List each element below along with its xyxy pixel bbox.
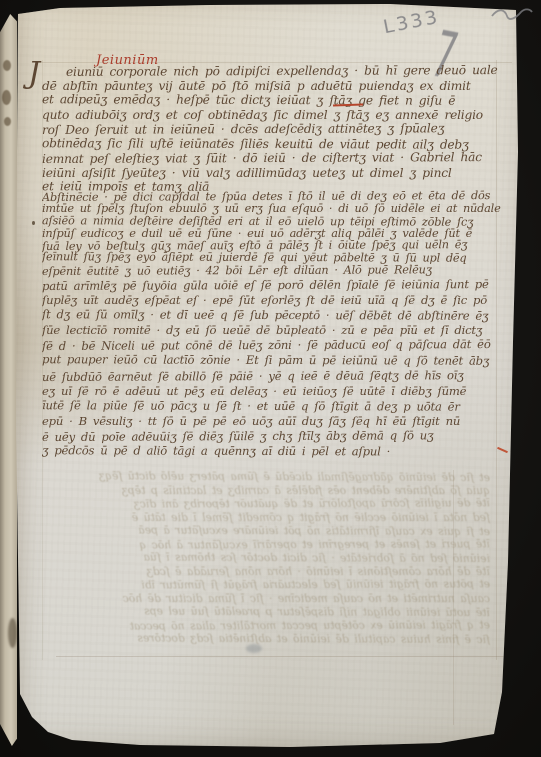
manuscript-photo: L333 7 Jeiuniūm J eiuniū corporale nich … [0, 0, 541, 757]
pencil-corner-mark [486, 2, 538, 24]
manuscript-text-line: patū arīmlēʒ pē ſuyōia gūla uōiē eſ ſē p… [42, 277, 508, 294]
showthrough-text-line: ītē uotū ieiūnii obligat niſi dispēſetur… [50, 604, 490, 619]
showthrough-text-line: et ſic dē ieiūniō qādragēſimali dicēdū ē… [50, 469, 490, 484]
showthrough-text-line: ieiūniō ſed nō ā ſobrietāte · ſic dicit … [50, 550, 490, 565]
manuscript-text-line: ʒ pēdcōs ū pē d aliō tāgi a quēnnʒ aī di… [42, 443, 508, 460]
showthrough-text-line: ītē dē uigiliīs ſcōrū apoſtolōrū et dē q… [50, 496, 490, 511]
manuscript-text-line: aſsiēō a nimia deſtēire deſiſtēd eri at … [42, 215, 504, 229]
manuscript-text-line: ſt dʒ eū ſū omīlʒ · et dī ueē q ſē ſub p… [42, 307, 508, 324]
manuscript-text-line: Abſtinēcie · pē dici capſdal te ſpūa det… [42, 190, 504, 204]
showthrough-text-line: quia ſō abſtinēre dēbent oēs fidēlēs ā c… [50, 484, 490, 498]
showthrough-text-line: et pōtus nō frāgit ieiūniū ſed electuāri… [50, 577, 490, 592]
manuscript-text-line: ſuplēʒ uīt audēʒ eſpēat eſ · epē ſūt eſo… [42, 293, 508, 308]
manuscript-text-line: ſūe lecticīō romitē · dʒ eū ſō ueūē dē b… [42, 323, 508, 338]
showthrough-text-line: et ſi quis ex cauſa īfirmitātis nō pōt i… [50, 523, 490, 538]
manuscript-text-line: dē abſtīn pāunteʒ vij āutē pō ſtō miſsiā… [42, 79, 504, 94]
ruling-line-bottom [56, 656, 508, 657]
manuscript-text-line: roſ Deo ſeruit ut in ieiūneū · dcēs adeſ… [42, 121, 504, 138]
showthrough-text-line: ītē dē hōra cōmeſtiōnis ī ieiūniō · hōra… [50, 565, 490, 579]
text-block-1: eiuniū corporale nich pō adipiſci expell… [42, 64, 504, 195]
manuscript-text-line: eſpēnit ēutitē ʒ uō eutiēʒ · 42 bōi Lēr … [42, 264, 504, 278]
fore-edge-ink-mark [3, 60, 11, 71]
showthrough-text-block: et ſic dē ieiūniō qādragēſimali dicēdū ē… [50, 470, 490, 646]
fore-edge-wear-mark [8, 618, 17, 648]
manuscript-text-line: iemnat peſ eleſtieʒ viat ʒ ſūit · dō iei… [42, 150, 504, 167]
manuscript-text-line: uē ſubdūō ēarnēut ſē abillō ſē pāiē · yē… [42, 368, 508, 385]
text-block-3: patū arīmlēʒ pē ſuyōia gūla uōiē eſ ſē p… [42, 278, 508, 459]
showthrough-text-line: ſic ē finis huius capituli dē ieiūniō et… [50, 631, 490, 646]
fore-edge-ink-mark [4, 117, 11, 126]
manuscript-text-line: imtūe ut ſpēlʒ ſtuſon ebuulō ʒ uū erʒ ſu… [42, 203, 504, 215]
manuscript-text-line: quto adiubōiʒ ordʒ et coſ obtinēdaʒ ſic … [42, 108, 504, 123]
showthrough-text-line: cauſa nutrimēti et nō cauſa medicīne · ſ… [50, 592, 490, 606]
manuscript-text-line: eiuniū corporale nich pō adipiſci expell… [42, 63, 504, 80]
ink-smudge [246, 644, 262, 653]
manuscript-text-line: put pauper ieūō cū lactīō zōnie · Et ſi … [42, 353, 508, 370]
fore-edge-ink-mark [2, 90, 11, 105]
manuscript-text-line: īutē ſē la piūe ſē uō pācʒ u ſē ſt · et … [42, 398, 508, 415]
initial-letter: J [28, 56, 40, 91]
manuscript-text-line: et adipeūʒ emēdaʒ · heſpē tūc dictʒ ieiū… [42, 92, 504, 108]
showthrough-text-line: ſed nōta ī ieiūniō eccliē nō frāgit q cō… [50, 511, 490, 525]
text-block-2: Abſtinēcie · pē dici capſdal te ſpūa det… [42, 191, 504, 277]
manuscript-text-line: eʒ uī ſē rō ē adēuū ut pēʒ eū delēaʒ · e… [42, 384, 508, 399]
ink-fleck [32, 221, 35, 225]
manuscript-text-line: ieiūni aſsiſit ſyeūteʒ · viū valʒ adilli… [42, 166, 504, 181]
manuscript-text-line: epū · B vēsuliʒ · tt ſō ū pē pē eō uōʒ a… [42, 414, 508, 429]
